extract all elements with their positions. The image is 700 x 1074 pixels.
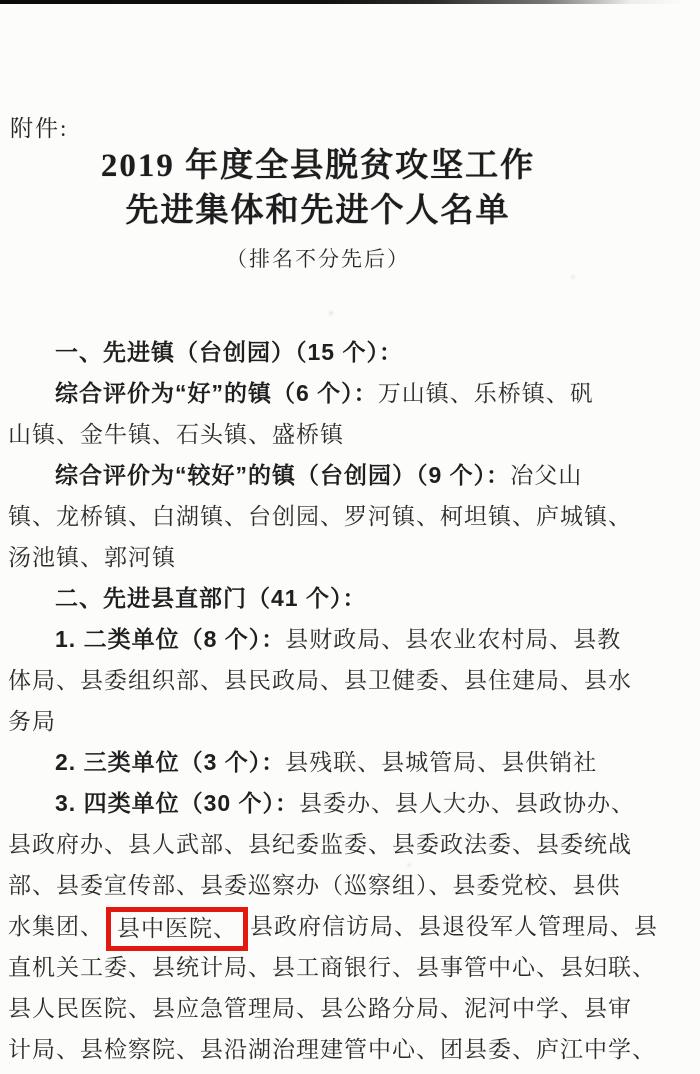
document-subtitle: （排名不分先后） (0, 243, 636, 273)
document-title-line-1: 2019 年度全县脱贫攻坚工作 (0, 144, 636, 189)
text-line: 一、先进镇（台创园）（15 个）： (8, 332, 684, 373)
text-segment: 县财政局、县农业农村局、县教 (285, 627, 621, 652)
text-line: 直机关工委、县统计局、县工商银行、县事管中心、县妇联、 (8, 947, 684, 988)
text-line: 综合评价为“较好”的镇（台创园）（9 个）：冶父山 (8, 455, 684, 496)
text-segment: 镇、龙桥镇、白湖镇、台创园、罗河镇、柯坦镇、庐城镇、 (8, 504, 632, 529)
text-line: 计局、县检察院、县沿湖治理建管中心、团县委、庐江中学、 (8, 1029, 684, 1070)
text-line: 县政府办、县人武部、县纪委监委、县委政法委、县委统战 (8, 824, 684, 865)
text-segment: 一、先进镇（台创园）（15 个）： (55, 339, 403, 365)
document-title-block: 2019 年度全县脱贫攻坚工作 先进集体和先进个人名单 （排名不分先后） (0, 144, 636, 273)
document-title-line-2: 先进集体和先进个人名单 (0, 189, 636, 234)
text-line: 2. 三类单位（3 个）：县残联、县城管局、县供销社 (8, 742, 684, 783)
text-segment: 县人民医院、县应急管理局、县公路分局、泥河中学、县审 (8, 996, 632, 1021)
text-segment: 务局 (8, 709, 56, 734)
text-line: 水集团、县中医院、县政府信访局、县退役军人管理局、县 (8, 906, 684, 947)
text-segment: 县残联、县城管局、县供销社 (285, 750, 597, 775)
text-segment: 综合评价为“较好”的镇（台创园）（9 个）： (55, 462, 510, 488)
text-line: 山镇、金牛镇、石头镇、盛桥镇 (8, 414, 684, 455)
text-segment: 2. 三类单位（3 个）： (55, 749, 285, 775)
text-segment: 县委办、县人大办、县政协办、 (299, 791, 635, 816)
text-line: 汤池镇、郭河镇 (8, 537, 684, 578)
highlight-red-box: 县中医院、 (106, 907, 248, 951)
text-line: 县人民医院、县应急管理局、县公路分局、泥河中学、县审 (8, 988, 684, 1029)
text-line: 3. 四类单位（30 个）：县委办、县人大办、县政协办、 (8, 783, 684, 824)
text-segment: 3. 四类单位（30 个）： (55, 790, 299, 816)
text-segment: 综合评价为“好”的镇（6 个）： (55, 380, 378, 406)
text-segment: 二、先进县直部门（41 个）： (55, 585, 366, 611)
text-line: 体局、县委组织部、县民政局、县卫健委、县住建局、县水 (8, 660, 684, 701)
text-segment: 水集团、 (8, 914, 104, 939)
text-line: 部、县委宣传部、县委巡察办（巡察组）、县委党校、县供 (8, 865, 684, 906)
text-segment: 山镇、金牛镇、石头镇、盛桥镇 (8, 422, 344, 447)
scan-artifact-top-bar (0, 0, 700, 4)
text-segment: 冶父山 (510, 463, 582, 488)
text-segment: 汤池镇、郭河镇 (8, 545, 176, 570)
text-segment: 县政府信访局、县退役军人管理局、县 (250, 914, 658, 939)
text-line: 综合评价为“好”的镇（6 个）：万山镇、乐桥镇、矾 (8, 373, 684, 414)
text-segment: 县政府办、县人武部、县纪委监委、县委政法委、县委统战 (8, 832, 632, 857)
document-body: 一、先进镇（台创园）（15 个）：综合评价为“好”的镇（6 个）：万山镇、乐桥镇… (8, 332, 684, 1070)
text-line: 镇、龙桥镇、白湖镇、台创园、罗河镇、柯坦镇、庐城镇、 (8, 496, 684, 537)
text-line: 1. 二类单位（8 个）：县财政局、县农业农村局、县教 (8, 619, 684, 660)
text-line: 务局 (8, 701, 684, 742)
text-segment: 直机关工委、县统计局、县工商银行、县事管中心、县妇联、 (8, 955, 656, 980)
text-line: 二、先进县直部门（41 个）： (8, 578, 684, 619)
text-segment: 计局、县检察院、县沿湖治理建管中心、团县委、庐江中学、 (8, 1037, 656, 1062)
scanned-document-page: 附件: 2019 年度全县脱贫攻坚工作 先进集体和先进个人名单 （排名不分先后）… (0, 0, 700, 1074)
text-segment: 体局、县委组织部、县民政局、县卫健委、县住建局、县水 (8, 668, 632, 693)
text-segment: 万山镇、乐桥镇、矾 (378, 381, 594, 406)
attachment-label: 附件: (10, 110, 68, 143)
text-segment: 1. 二类单位（8 个）： (55, 626, 285, 652)
text-segment: 部、县委宣传部、县委巡察办（巡察组）、县委党校、县供 (8, 873, 621, 898)
